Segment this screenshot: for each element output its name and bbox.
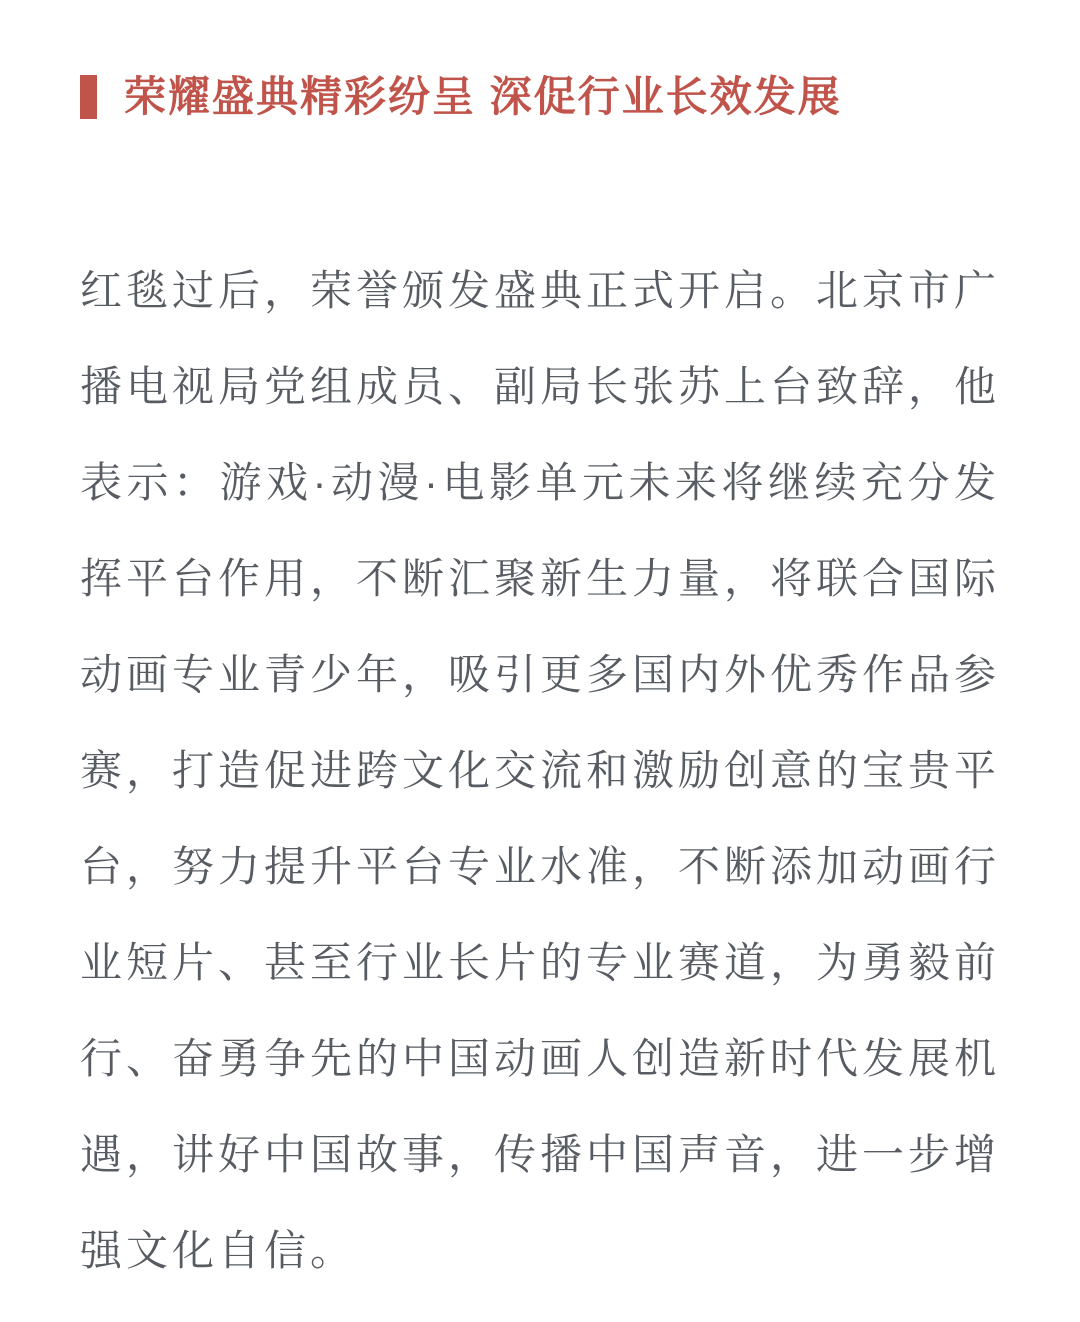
article-page: 荣耀盛典精彩纷呈 深促行业长效发展 红毯过后，荣誉颁发盛典正式开启。北京市广播电… (0, 0, 1080, 1322)
article-paragraph: 红毯过后，荣誉颁发盛典正式开启。北京市广播电视局党组成员、副局长张苏上台致辞，他… (80, 243, 1000, 1299)
section-heading: 荣耀盛典精彩纷呈 深促行业长效发展 (80, 73, 1000, 121)
section-heading-title: 荣耀盛典精彩纷呈 深促行业长效发展 (124, 73, 842, 121)
article-content: 荣耀盛典精彩纷呈 深促行业长效发展 红毯过后，荣誉颁发盛典正式开启。北京市广播电… (0, 73, 1080, 1299)
heading-accent-bar (80, 75, 97, 119)
